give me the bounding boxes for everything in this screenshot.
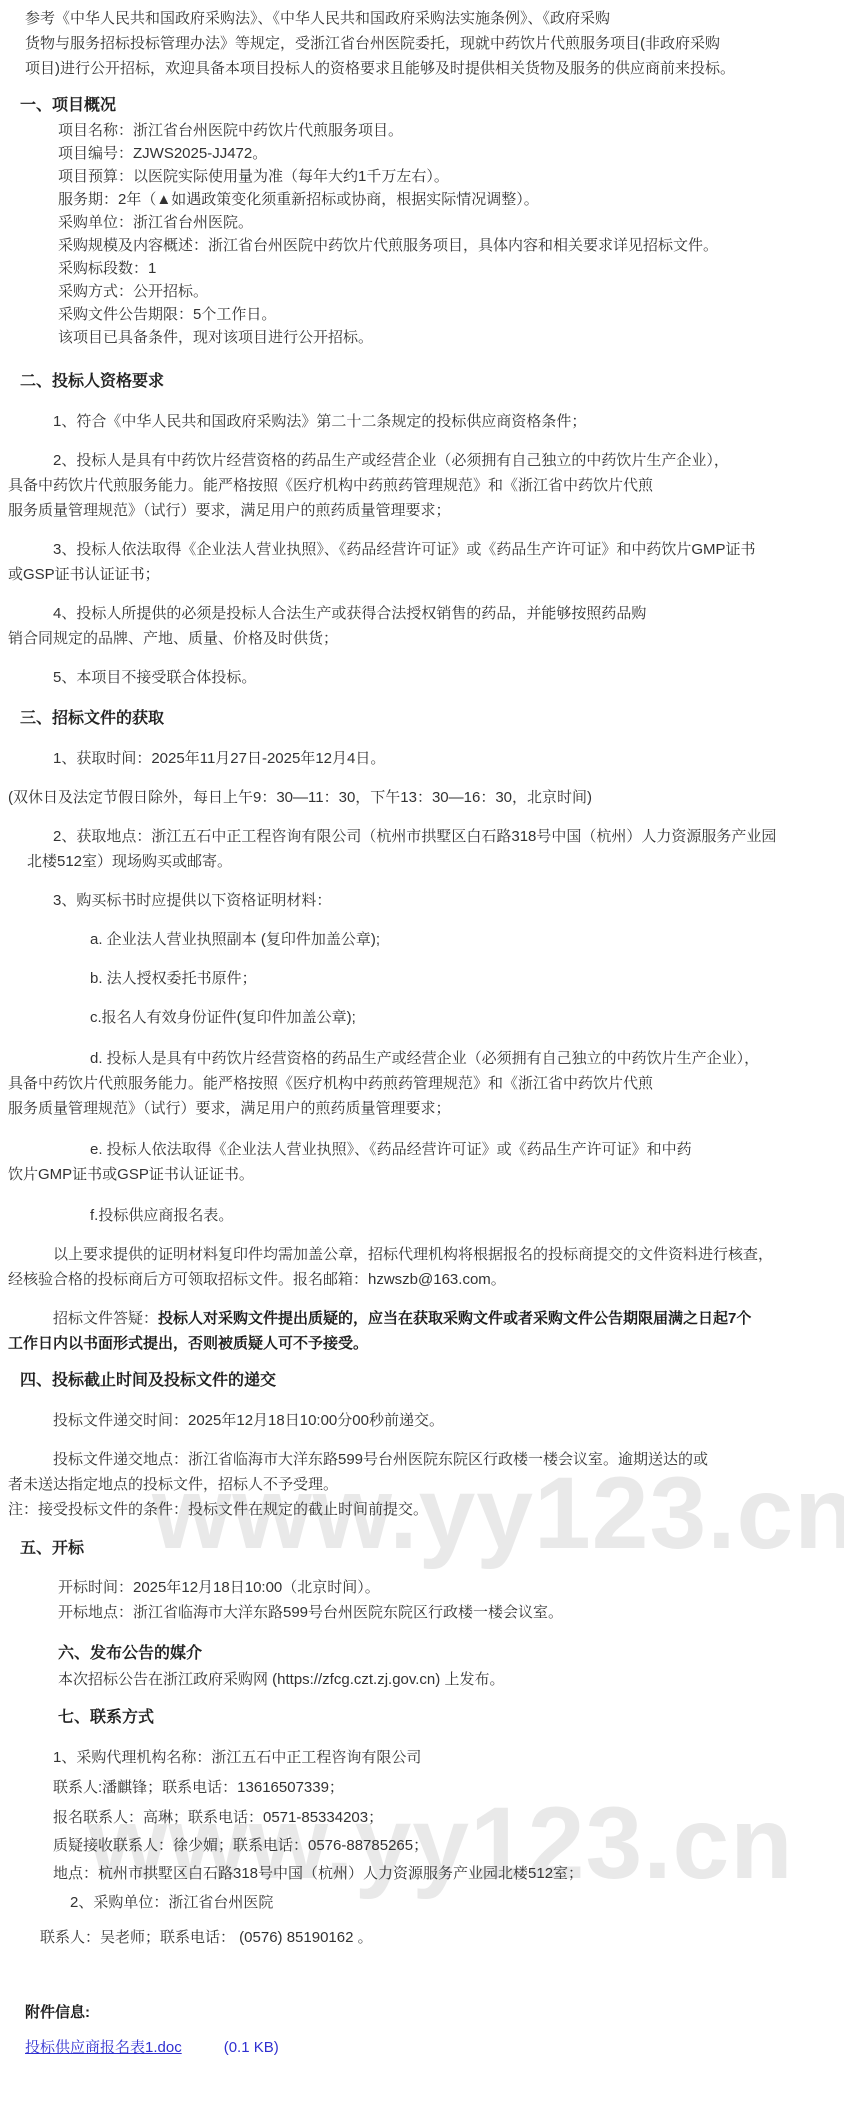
material-item-b: b. 法人授权委托书原件； [0, 966, 844, 991]
acquisition-time: 1、获取时间：2025年11月27日-2025年12月4日。 [0, 746, 844, 771]
qualification-item: 5、本项目不接受联合体投标。 [0, 665, 844, 690]
lot-count: 采购标段数：1 [0, 257, 844, 280]
attachment-file-size: (0.1 KB) [224, 2039, 279, 2056]
intro-line: 项目)进行公开招标，欢迎具备本项目投标人的资格要求且能够及时提供相关货物及服务的… [0, 56, 844, 81]
faq-label: 招标文件答疑： [53, 1310, 158, 1327]
announcement-period: 采购文件公告期限：5个工作日。 [0, 303, 844, 326]
faq-bold-text: 投标人对采购文件提出质疑的，应当在获取采购文件或者采购文件公告期限届满之日起7个 [158, 1310, 751, 1327]
opening-location: 开标地点：浙江省临海市大洋东路599号台州医院东院区行政楼一楼会议室。 [0, 1600, 844, 1625]
submission-time: 投标文件递交时间：2025年12月18日10:00分00秒前递交。 [0, 1408, 844, 1433]
project-name: 项目名称：浙江省台州医院中药饮片代煎服务项目。 [0, 119, 844, 142]
qualification-item: 2、投标人是具有中药饮片经营资格的药品生产或经营企业（必须拥有自己独立的中药饮片… [0, 448, 844, 523]
section-heading-contact-info: 七、联系方式 [0, 1705, 844, 1731]
section-heading-document-acquisition: 三、招标文件的获取 [0, 706, 844, 732]
section-heading-bid-deadline: 四、投标截止时间及投标文件的递交 [0, 1368, 844, 1394]
agency-address: 地点：杭州市拱墅区白石路318号中国（杭州）人力资源服务产业园北楼512室； [0, 1861, 844, 1886]
project-budget: 项目预算：以医院实际使用量为准（每年大约1千万左右）。 [0, 165, 844, 188]
material-item-a: a. 企业法人营业执照副本 (复印件加盖公章); [0, 927, 844, 952]
material-item-f: f.投标供应商报名表。 [0, 1203, 844, 1228]
hospital-contact: 联系人：吴老师；联系电话： (0576) 85190162 。 [0, 1925, 844, 1950]
registration-contact: 报名联系人：高琳；联系电话：0571-85334203； [0, 1805, 844, 1830]
opening-time: 开标时间：2025年12月18日10:00（北京时间）。 [0, 1575, 844, 1600]
readiness-statement: 该项目已具备条件，现对该项目进行公开招标。 [0, 326, 844, 349]
acquisition-time-note: (双休日及法定节假日除外，每日上午9：30—11：30，下午13：30—16：3… [0, 785, 844, 810]
purchase-method: 采购方式：公开招标。 [0, 280, 844, 303]
purchasing-unit: 采购单位：浙江省台州医院。 [0, 211, 844, 234]
attachment-file-link[interactable]: 投标供应商报名表1.doc [25, 2039, 182, 2056]
announcement-media: 本次招标公告在浙江政府采购网 (https://zfcg.czt.zj.gov.… [0, 1667, 844, 1692]
section-heading-announcement-media: 六、发布公告的媒介 [0, 1641, 844, 1667]
section-heading-bid-opening: 五、开标 [0, 1536, 844, 1562]
section-heading-bidder-qualifications: 二、投标人资格要求 [0, 369, 844, 395]
document-body: 参考《中华人民共和国政府采购法》、《中华人民共和国政府采购法实施条例》、《政府采… [0, 6, 844, 2060]
attachment-row: 投标供应商报名表1.doc(0.1 KB) [0, 2035, 844, 2060]
purchase-scope: 采购规模及内容概述：浙江省台州医院中药饮片代煎服务项目，具体内容和相关要求详见招… [0, 234, 844, 257]
material-item-c: c.报名人有效身份证件(复印件加盖公章); [0, 1005, 844, 1030]
project-number: 项目编号：ZJWS2025-JJ472。 [0, 142, 844, 165]
qualification-item: 1、符合《中华人民共和国政府采购法》第二十二条规定的投标供应商资格条件； [0, 409, 844, 434]
purchasing-unit-name: 2、采购单位：浙江省台州医院 [0, 1890, 844, 1915]
material-item-d: d. 投标人是具有中药饮片经营资格的药品生产或经营企业（必须拥有自己独立的中药饮… [0, 1046, 844, 1121]
submission-location: 投标文件递交地点：浙江省临海市大洋东路599号台州医院东院区行政楼一楼会议室。逾… [0, 1447, 844, 1497]
qualification-item: 3、投标人依法取得《企业法人营业执照》、《药品经营许可证》或《药品生产许可证》和… [0, 537, 844, 587]
faq-bold-text: 工作日内以书面形式提出，否则被质疑人可不予接受。 [0, 1331, 844, 1356]
tender-announcement-page: www.yy123.cn www.yy123.cn 参考《中华人民共和国政府采购… [0, 0, 844, 2105]
agency-contact: 联系人:潘麒锋；联系电话：13616507339； [0, 1775, 844, 1800]
section-heading-project-overview: 一、项目概况 [0, 93, 844, 119]
attachments-title: 附件信息: [0, 2000, 844, 2025]
verification-note: 以上要求提供的证明材料复印件均需加盖公章，招标代理机构将根据报名的投标商提交的文… [0, 1242, 844, 1292]
acquisition-location: 2、获取地点：浙江五石中正工程咨询有限公司（杭州市拱墅区白石路318号中国（杭州… [0, 824, 844, 874]
intro-line: 参考《中华人民共和国政府采购法》、《中华人民共和国政府采购法实施条例》、《政府采… [0, 6, 844, 31]
qualification-item: 4、投标人所提供的必须是投标人合法生产或获得合法授权销售的药品，并能够按照药品购… [0, 601, 844, 651]
service-period: 服务期：2年（▲如遇政策变化须重新招标或协商，根据实际情况调整）。 [0, 188, 844, 211]
objection-contact: 质疑接收联系人：徐少媚；联系电话：0576-88785265； [0, 1833, 844, 1858]
faq-clause: 招标文件答疑：投标人对采购文件提出质疑的，应当在获取采购文件或者采购文件公告期限… [0, 1306, 844, 1356]
agency-name: 1、采购代理机构名称：浙江五石中正工程咨询有限公司 [0, 1745, 844, 1770]
intro-line: 货物与服务招标投标管理办法》等规定，受浙江省台州医院委托，现就中药饮片代煎服务项… [0, 31, 844, 56]
required-materials-intro: 3、购买标书时应提供以下资格证明材料： [0, 888, 844, 913]
material-item-e: e. 投标人依法取得《企业法人营业执照》、《药品经营许可证》或《药品生产许可证》… [0, 1137, 844, 1187]
submission-condition-note: 注：接受投标文件的条件：投标文件在规定的截止时间前提交。 [0, 1497, 844, 1522]
